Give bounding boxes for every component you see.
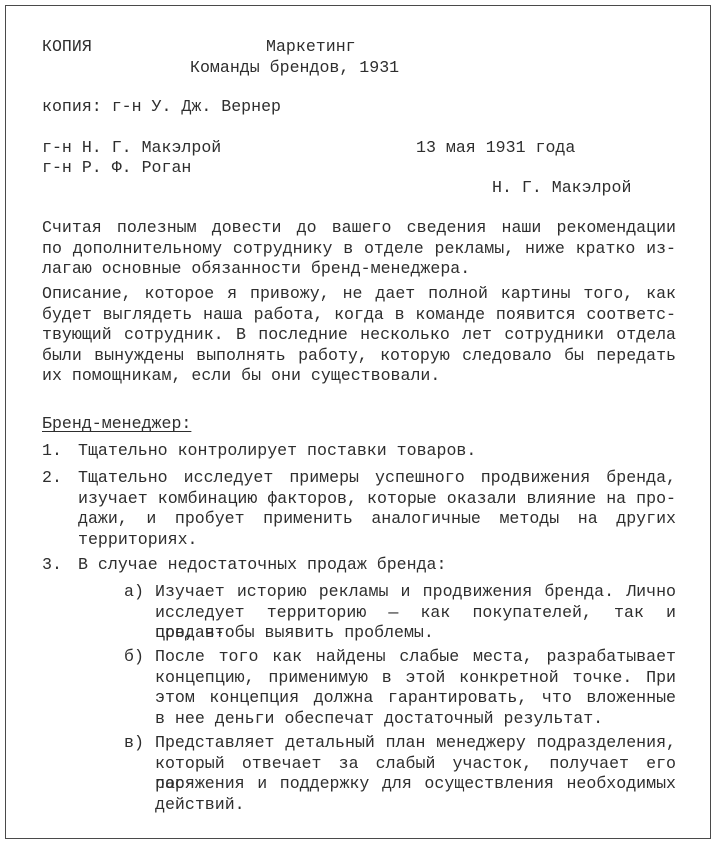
sublist-item-b: После того как найдены слабые места, раз…: [155, 647, 676, 729]
copy-mark: КОПИЯ: [42, 37, 92, 57]
text-line: Считая полезным довести до вашего сведен…: [42, 218, 676, 239]
text-line: их помощникам, если бы они существовали.: [42, 366, 676, 387]
text-line: После того как найдены слабые места, раз…: [155, 647, 676, 668]
list-item-3: В случае недостаточных продаж бренда:: [78, 555, 446, 575]
paragraph-1: Считая полезным довести до вашего сведен…: [42, 218, 676, 280]
department: Маркетинг: [266, 37, 356, 57]
recipient-1: г-н Н. Г. Макэлрой: [42, 138, 221, 158]
text-line: исследует территорию — как покупателей, …: [155, 603, 676, 624]
text-line: лагаю основные обязанности бренд-менедже…: [42, 259, 676, 280]
text-line: цов, чтобы выявить проблемы.: [155, 623, 676, 644]
paragraph-2: Описание, которое я привожу, не дает пол…: [42, 284, 676, 387]
text-line: этом концепция должна гарантировать, что…: [155, 688, 676, 709]
sublist-item-c: Представляет детальный план менеджеру по…: [155, 733, 676, 815]
sublist-marker: б): [124, 647, 144, 667]
memo-subject: Команды брендов, 1931: [190, 58, 399, 78]
text-line: изучает комбинацию факторов, которые ока…: [78, 489, 676, 510]
text-line: в нее деньги обеспечат достаточный резул…: [155, 709, 676, 730]
sublist-marker: в): [124, 733, 144, 753]
list-item-1: Тщательно контролирует поставки товаров.: [78, 441, 476, 461]
text-line: были вынуждены выполнять работу, которую…: [42, 346, 676, 367]
memo-date: 13 мая 1931 года: [416, 138, 575, 158]
text-line: твующий сотрудник. В последние несколько…: [42, 325, 676, 346]
text-line: Тщательно исследует примеры успешного пр…: [78, 468, 676, 489]
text-line: Изучает историю рекламы и продвижения бр…: [155, 582, 676, 603]
text-line: который отвечает за слабый участок, полу…: [155, 754, 676, 775]
text-line: поряжения и поддержку для осуществления …: [155, 774, 676, 795]
list-item-2: Тщательно исследует примеры успешного пр…: [78, 468, 676, 550]
list-marker: 3.: [42, 555, 62, 575]
recipient-2: г-н Р. Ф. Роган: [42, 158, 191, 178]
cc-line: копия: г-н У. Дж. Вернер: [42, 97, 281, 117]
sublist-item-a: Изучает историю рекламы и продвижения бр…: [155, 582, 676, 644]
text-line: концепцию, применимую в этой конкретной …: [155, 668, 676, 689]
text-line: по дополнительному сотруднику в отделе р…: [42, 239, 676, 260]
sender: Н. Г. Макэлрой: [492, 178, 631, 198]
section-heading: Бренд-менеджер:: [42, 414, 191, 434]
text-line: территориях.: [78, 530, 676, 551]
text-line: дажи, и пробует применить аналогичные ме…: [78, 509, 676, 530]
sublist-marker: а): [124, 582, 144, 602]
list-marker: 2.: [42, 468, 62, 488]
text-line: действий.: [155, 795, 676, 816]
list-marker: 1.: [42, 441, 62, 461]
text-line: будет выглядеть наша работа, когда в ком…: [42, 305, 676, 326]
text-line: Представляет детальный план менеджеру по…: [155, 733, 676, 754]
text-line: Описание, которое я привожу, не дает пол…: [42, 284, 676, 305]
